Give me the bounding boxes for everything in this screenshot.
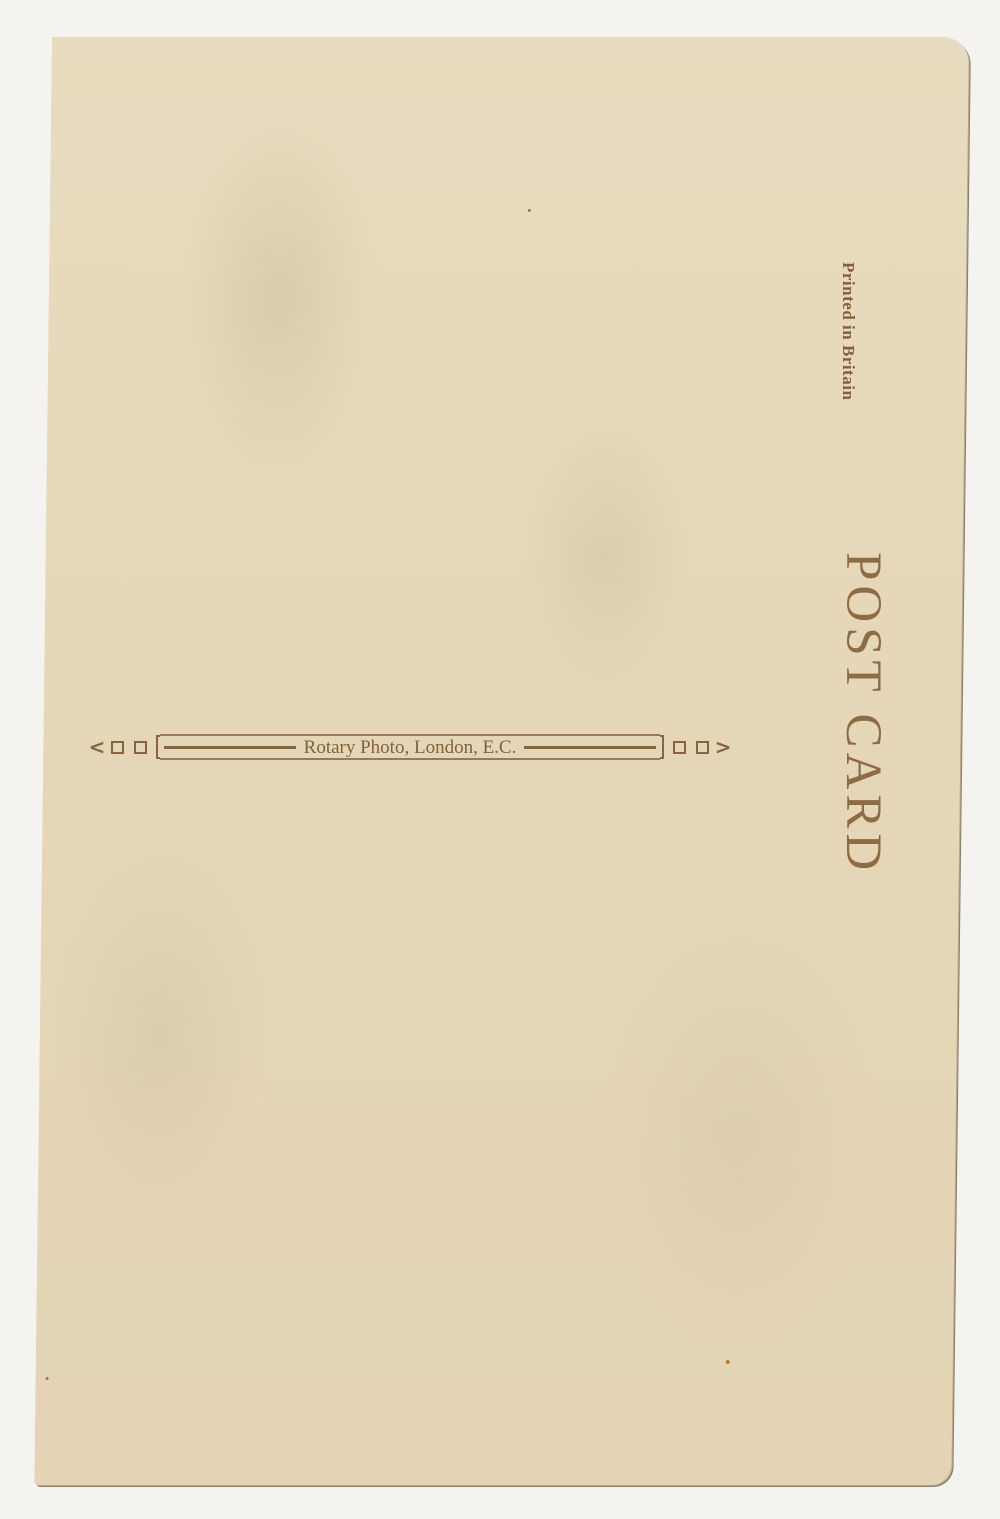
rule-line xyxy=(524,746,656,749)
paper-speck xyxy=(46,1377,49,1380)
paper-speck xyxy=(528,209,531,212)
post-card-heading: POST CARD xyxy=(837,552,888,875)
square-ornament-icon xyxy=(673,741,686,754)
square-ornament-icon xyxy=(134,741,147,754)
chevron-right-icon: > xyxy=(714,737,732,757)
square-ornament-icon xyxy=(696,741,709,754)
publisher-frame: Rotary Photo, London, E.C. xyxy=(160,734,660,760)
chevron-left-icon: < xyxy=(88,737,106,757)
publisher-label: Rotary Photo, London, E.C. xyxy=(296,738,525,757)
square-ornament-icon xyxy=(111,741,124,754)
printed-in-britain-imprint: Printed in Britain xyxy=(838,262,858,400)
bracket-right-icon xyxy=(660,735,664,759)
publisher-divider: < Rotary Photo, London, E.C. > xyxy=(88,730,808,764)
rule-line xyxy=(164,746,296,749)
paper-speck xyxy=(726,1360,730,1364)
